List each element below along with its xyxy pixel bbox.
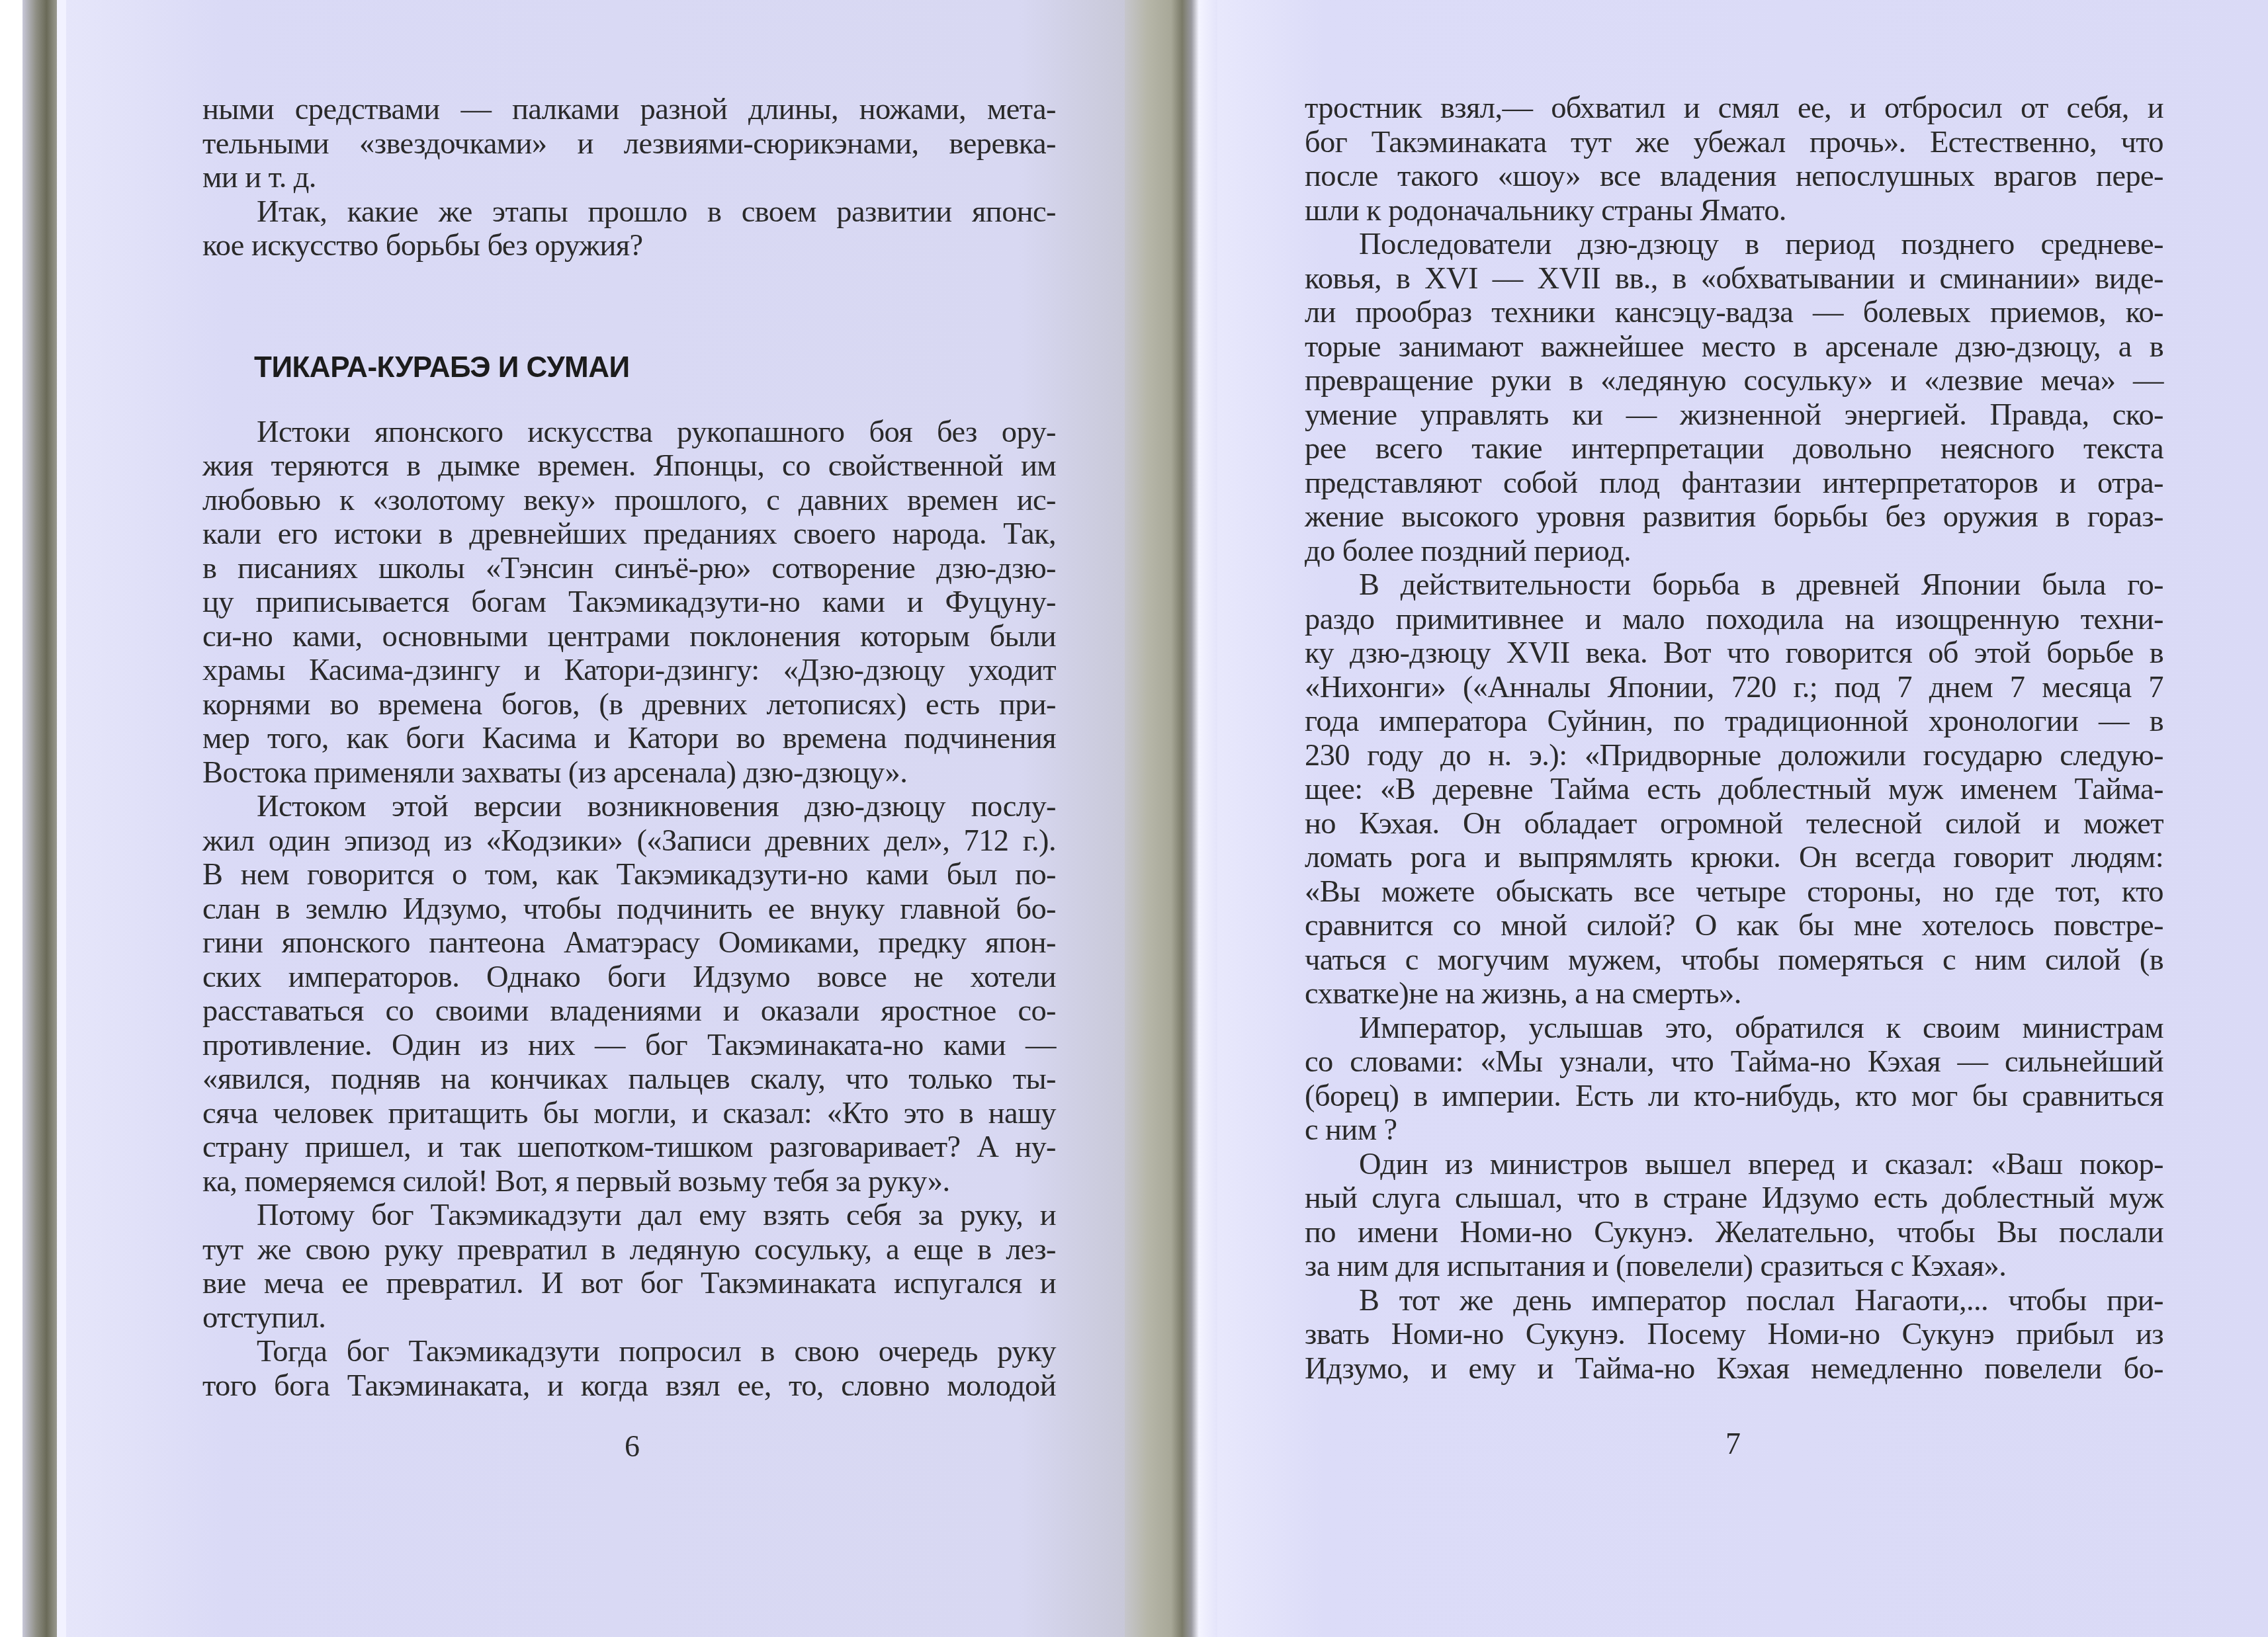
text-line: жия теряются в дымке времен. Японцы, со … (202, 449, 1056, 483)
text-line: (борец) в империи. Есть ли кто-нибудь, к… (1305, 1079, 2163, 1114)
text-line: Истоком этой версии возникновения дзю-дз… (202, 790, 1056, 824)
text-line: чаться с могучим мужем, чтобы померяться… (1305, 943, 2163, 978)
book-cover-edge (22, 0, 57, 1637)
text-line: си-но ками, основными центрами поклонени… (202, 620, 1056, 654)
text-line: «явился, подняв на кончиках пальцев скал… (202, 1062, 1056, 1097)
paragraph: Потому бог Такэмикадзути дал ему взять с… (202, 1198, 1056, 1335)
text-line: по имени Номи-но Сукунэ. Желательно, что… (1305, 1216, 2163, 1250)
paragraph: В тот же день император послал Нагаоти,.… (1305, 1284, 2163, 1386)
text-line: храмы Касима-дзингу и Катори-дзингу: «Дз… (202, 653, 1056, 688)
text-line: сяча человек притащить бы могли, и сказа… (202, 1097, 1056, 1131)
page-number-right: 7 (1725, 1426, 1741, 1461)
text-line: до более поздний период. (1305, 534, 2163, 569)
page-edge-highlight (57, 0, 66, 1637)
text-line: Тогда бог Такэмикадзути попросил в свою … (202, 1335, 1056, 1369)
text-line: корнями во времена богов, (в древних лет… (202, 688, 1056, 722)
text-line: щее: «В деревне Тайма есть доблестный му… (1305, 773, 2163, 807)
right-page-text: тростник взял,— обхватил и смял ее, и от… (1305, 91, 2163, 1386)
text-line: Идзумо, и ему и Тайма-но Кэхая немедленн… (1305, 1352, 2163, 1386)
text-line: цу приписывается богам Такэмикадзути-но … (202, 585, 1056, 620)
text-line: после такого «шоу» все владения непослуш… (1305, 159, 2163, 194)
text-line: расставаться со своими владениями и оказ… (202, 994, 1056, 1028)
text-line: превращение руки в «ледяную сосульку» и … (1305, 364, 2163, 398)
text-line: со словами: «Мы узнали, что Тайма-но Кэх… (1305, 1045, 2163, 1079)
text-line: торые занимают важнейшее место в арсенал… (1305, 330, 2163, 364)
text-line: ломать рога и выпрямлять крюки. Он всегд… (1305, 841, 2163, 875)
text-line: отступил. (202, 1301, 1056, 1335)
text-line: звать Номи-но Сукунэ. Посему Номи-но Сук… (1305, 1318, 2163, 1352)
paragraph: Истоки японского искусства рукопашного б… (202, 415, 1056, 790)
text-line: гини японского пантеона Аматэрасу Оомика… (202, 926, 1056, 960)
text-line: ских императоров. Однако боги Идзумо вов… (202, 960, 1056, 995)
text-line: ка, померяемся силой! Вот, я первый возь… (202, 1165, 1056, 1199)
page-number-left: 6 (625, 1429, 640, 1464)
text-line: ли прообраз техники кансэцу-вадза — боле… (1305, 296, 2163, 330)
text-line: ковья, в XVI — XVII вв., в «обхватывании… (1305, 262, 2163, 296)
book-spread: ными средствами — палками разной длины, … (0, 0, 2268, 1637)
text-line: схватке)не на жизнь, а на смерть». (1305, 977, 2163, 1011)
text-line: ными средствами — палками разной длины, … (202, 93, 1056, 127)
text-line: но Кэхая. Он обладает огромной телесной … (1305, 807, 2163, 841)
text-line: ми и т. д. (202, 161, 1056, 195)
paragraph: В действительности борьба в древней Япон… (1305, 568, 2163, 1011)
text-line: в писаниях школы «Тэнсин синъё-рю» сотво… (202, 552, 1056, 586)
text-line: тут же свою руку превратил в ледяную сос… (202, 1233, 1056, 1267)
text-line: Истоки японского искусства рукопашного б… (202, 415, 1056, 450)
text-line: с ним ? (1305, 1113, 2163, 1148)
text-line: «Вы можете обыскать все четыре стороны, … (1305, 875, 2163, 909)
text-line: тростник взял,— обхватил и смял ее, и от… (1305, 91, 2163, 126)
text-line: кали его истоки в древнейших преданиях с… (202, 517, 1056, 552)
text-line: за ним для испытания и (повелели) сразит… (1305, 1249, 2163, 1284)
text-line: ку дзю-дзюцу XVII века. Вот что говоритс… (1305, 636, 2163, 671)
text-line: тельными «звездочками» и лезвиями-сюрикэ… (202, 127, 1056, 161)
paragraph: Последователи дзю-дзюцу в период позднег… (1305, 228, 2163, 568)
text-line: любовью к «золотому веку» прошлого, с да… (202, 483, 1056, 518)
text-line: умение управлять ки — жизненной энергией… (1305, 398, 2163, 433)
text-line: ный слуга слышал, что в стране Идзумо ес… (1305, 1181, 2163, 1216)
paragraph: Истоком этой версии возникновения дзю-дз… (202, 790, 1056, 1198)
text-line: представляют собой плод фантазии интерпр… (1305, 466, 2163, 501)
text-line: Потому бог Такэмикадзути дал ему взять с… (202, 1198, 1056, 1233)
paragraph: Один из министров вышел вперед и сказал:… (1305, 1148, 2163, 1284)
intro-paragraph: ными средствами — палками разной длины, … (202, 93, 1056, 195)
text-line: года императора Суйнин, по традиционной … (1305, 704, 2163, 739)
text-line: вие меча ее превратил. И вот бог Такэмин… (202, 1267, 1056, 1301)
text-line: сравнится со мной силой? О как бы мне хо… (1305, 909, 2163, 943)
text-line: кое искусство борьбы без оружия? (202, 229, 1056, 263)
paragraph: Император, услышав это, обратился к свои… (1305, 1011, 2163, 1148)
text-line: «Нихонги» («Анналы Японии, 720 г.; под 7… (1305, 671, 2163, 705)
section-heading: ТИКАРА-КУРАБЭ И СУМАИ (202, 348, 1056, 388)
paragraph: Тогда бог Такэмикадзути попросил в свою … (202, 1335, 1056, 1403)
paragraph: тростник взял,— обхватил и смял ее, и от… (1305, 91, 2163, 228)
text-line: Император, услышав это, обратился к свои… (1305, 1011, 2163, 1046)
text-line: раздо примитивнее и мало походила на изо… (1305, 603, 2163, 637)
text-line: Последователи дзю-дзюцу в период позднег… (1305, 228, 2163, 262)
text-line: Востока применяли захваты (из арсенала) … (202, 756, 1056, 790)
text-line: мер того, как боги Касима и Катори во вр… (202, 722, 1056, 756)
text-line: В тот же день император послал Нагаоти,.… (1305, 1284, 2163, 1318)
text-line: жение высокого уровня развития борьбы бе… (1305, 500, 2163, 534)
question-paragraph: Итак, какие же этапы прошло в своем разв… (202, 195, 1056, 263)
text-line: В действительности борьба в древней Япон… (1305, 568, 2163, 603)
text-line: Итак, какие же этапы прошло в своем разв… (202, 195, 1056, 230)
text-line: В нем говорится о том, как Такэмикадзути… (202, 858, 1056, 892)
text-line: жил один эпизод из «Кодзики» («Записи др… (202, 824, 1056, 859)
text-line: шли к родоначальнику страны Ямато. (1305, 194, 2163, 228)
text-line: Один из министров вышел вперед и сказал:… (1305, 1148, 2163, 1182)
text-line: 230 году до н. э.): «Придворные доложили… (1305, 739, 2163, 773)
text-line: страну пришел, и так шепотком-тишком раз… (202, 1130, 1056, 1165)
book-gutter (1125, 0, 1217, 1637)
text-line: слан в землю Идзумо, чтобы подчинить ее … (202, 892, 1056, 927)
text-line: противление. Один из них — бог Такэминак… (202, 1028, 1056, 1063)
text-line: рее всего такие интерпретации довольно н… (1305, 432, 2163, 466)
text-line: того бога Такэминаката, и когда взял ее,… (202, 1369, 1056, 1404)
text-line: бог Такэминаката тут же убежал прочь». Е… (1305, 126, 2163, 160)
left-page-text: ными средствами — палками разной длины, … (202, 93, 1056, 1403)
